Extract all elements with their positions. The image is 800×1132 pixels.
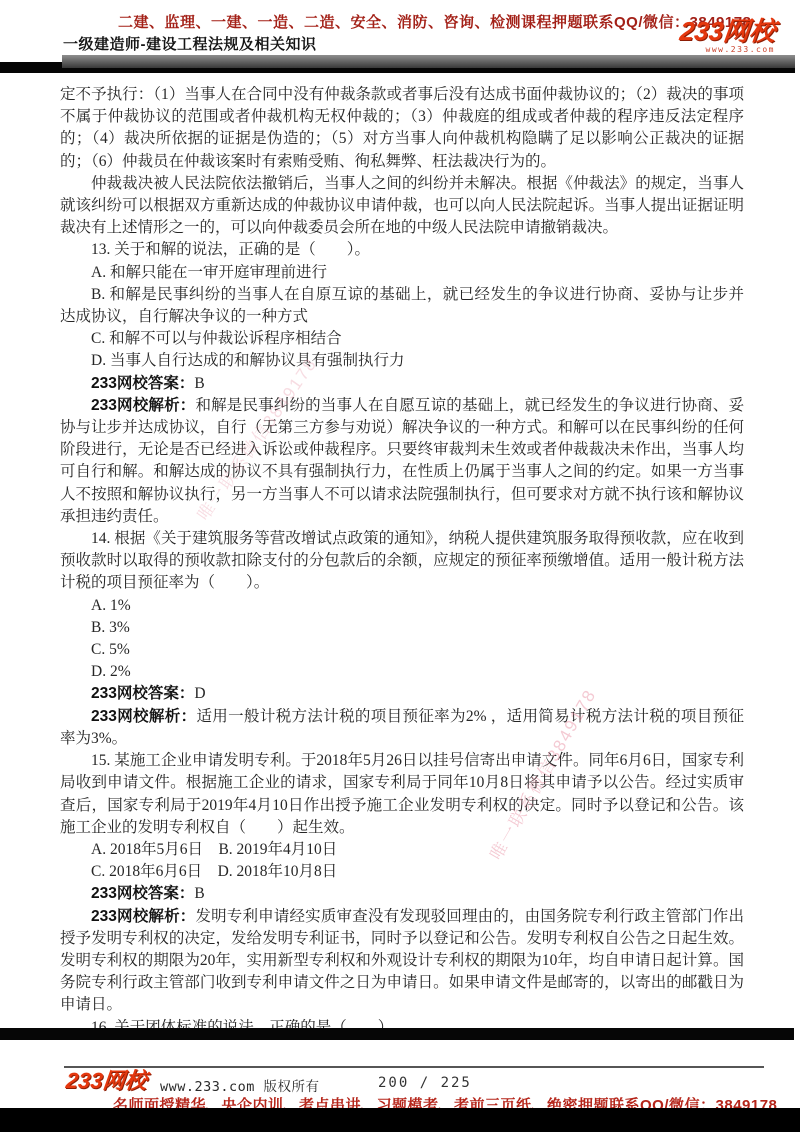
question-13-analysis: 233网校解析：和解是民事纠纷的当事人在自愿互谅的基础上，就已经发生的争议进行协… <box>60 395 744 528</box>
question-14-option-a: A. 1% <box>60 595 744 617</box>
answer-label: 233网校答案： <box>91 375 194 392</box>
question-13-stem: 13. 关于和解的说法，正确的是（ ）。 <box>60 239 744 261</box>
answer-label: 233网校答案： <box>91 685 194 702</box>
analysis-label: 233网校解析： <box>91 708 196 725</box>
logo-site-url: www.233.com <box>680 45 775 54</box>
question-13-option-c: C. 和解不可以与仲裁讼诉程序相结合 <box>60 328 744 350</box>
question-15-stem: 15. 某施工企业申请发明专利。于2018年5月26日以挂号信寄出申请文件。同年… <box>60 750 744 839</box>
question-13-option-b: B. 和解是民事纠纷的当事人在自原互谅的基础上，就已经发生的争议进行协商、妥协与… <box>60 284 744 328</box>
header-course-title: 一级建造师-建设工程法规及相关知识 <box>63 33 317 54</box>
answer-value: B <box>194 375 204 392</box>
footer-divider-bar <box>0 1028 794 1040</box>
answer-value: B <box>194 885 204 902</box>
footer-bottom-bar <box>0 1108 800 1132</box>
header-logo: 233网校 www.233.com <box>680 18 775 54</box>
footer-copyright: www.233.com 版权所有 <box>160 1075 320 1095</box>
analysis-label: 233网校解析： <box>91 397 195 414</box>
question-14-answer: 233网校答案：D <box>60 683 744 705</box>
header-divider-gray <box>62 55 795 68</box>
footer-rule-line <box>64 1066 764 1068</box>
footer-page-number: 200 / 225 <box>378 1075 472 1091</box>
logo-233-icon: 233网校 <box>678 18 776 44</box>
question-15-options-ab: A. 2018年5月6日 B. 2019年4月10日 <box>60 839 744 861</box>
question-13-answer: 233网校答案：B <box>60 373 744 395</box>
question-15-analysis: 233网校解析：发明专利申请经实质审查没有发现驳回理由的，由国务院专利行政主管部… <box>60 906 744 1017</box>
question-14-analysis: 233网校解析：适用一般计税方法计税的项目预征率为2% ，适用简易计税方法计税的… <box>60 706 744 750</box>
question-15-answer: 233网校答案：B <box>60 883 744 905</box>
question-14-option-c: C. 5% <box>60 639 744 661</box>
question-14-option-b: B. 3% <box>60 617 744 639</box>
paragraph-arbitration-revocation: 仲裁裁决被人民法院依法撤销后，当事人之间的纠纷并未解决。根据《仲裁法》的规定，当… <box>60 173 744 240</box>
question-15-options-cd: C. 2018年6月6日 D. 2018年10月8日 <box>60 861 744 883</box>
question-14-option-d: D. 2% <box>60 661 744 683</box>
answer-label: 233网校答案： <box>91 885 194 902</box>
paragraph-continuation: 定不予执行：（1）当事人在合同中没有仲裁条款或者事后没有达成书面仲裁协议的；（2… <box>60 84 744 173</box>
question-13-option-d: D. 当事人自行达成的和解协议具有强制执行力 <box>60 350 744 372</box>
answer-value: D <box>194 685 205 702</box>
analysis-text: 和解是民事纠纷的当事人在自愿互谅的基础上，就已经发生的争议进行协商、妥协与让步并… <box>60 397 744 525</box>
document-page: 二建、监理、一建、一造、二造、安全、消防、咨询、检测课程押题联系QQ/微信：38… <box>0 0 800 1132</box>
document-body: 定不予执行：（1）当事人在合同中没有仲裁条款或者事后没有达成书面仲裁协议的；（2… <box>60 84 744 1039</box>
question-13-option-a: A. 和解只能在一审开庭审理前进行 <box>60 262 744 284</box>
footer-logo-233-icon: 233网校 <box>65 1070 148 1092</box>
analysis-label: 233网校解析： <box>91 908 195 925</box>
question-14-stem: 14. 根据《关于建筑服务等营改增试点政策的通知》，纳税人提供建筑服务取得预收款… <box>60 528 744 595</box>
